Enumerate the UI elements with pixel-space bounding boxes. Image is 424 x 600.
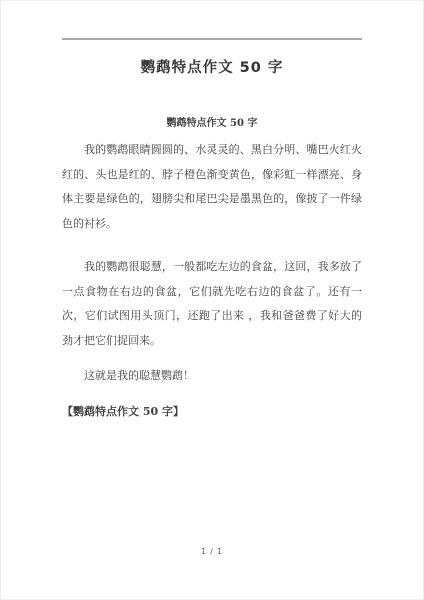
page-title: 鹦鹉特点作文 50 字 <box>1 56 423 77</box>
paragraph-behavior: 我的鹦鹉很聪慧，一般都吃左边的食盆，这回，我多放了一点食物在右边的食盆，它们就先… <box>62 255 362 353</box>
header-rule <box>62 38 362 40</box>
page-number-indicator: 1 / 1 <box>1 547 423 556</box>
closing-line: 这就是我的聪慧鹦鹉！ <box>62 364 362 389</box>
paragraph-appearance: 我的鹦鹉眼睛圆圆的、水灵灵的、黑白分明、嘴巴火红火红的、头也是红的、脖子橙色渐变… <box>62 138 362 236</box>
source-tag-line: 【鹦鹉特点作文 50 字】 <box>62 400 362 425</box>
document-subtitle: 鹦鹉特点作文 50 字 <box>62 114 362 129</box>
document-body: 鹦鹉特点作文 50 字 我的鹦鹉眼睛圆圆的、水灵灵的、黑白分明、嘴巴火红火红的、… <box>62 114 362 424</box>
document-page: 鹦鹉特点作文 50 字 鹦鹉特点作文 50 字 我的鹦鹉眼睛圆圆的、水灵灵的、黑… <box>0 0 424 600</box>
